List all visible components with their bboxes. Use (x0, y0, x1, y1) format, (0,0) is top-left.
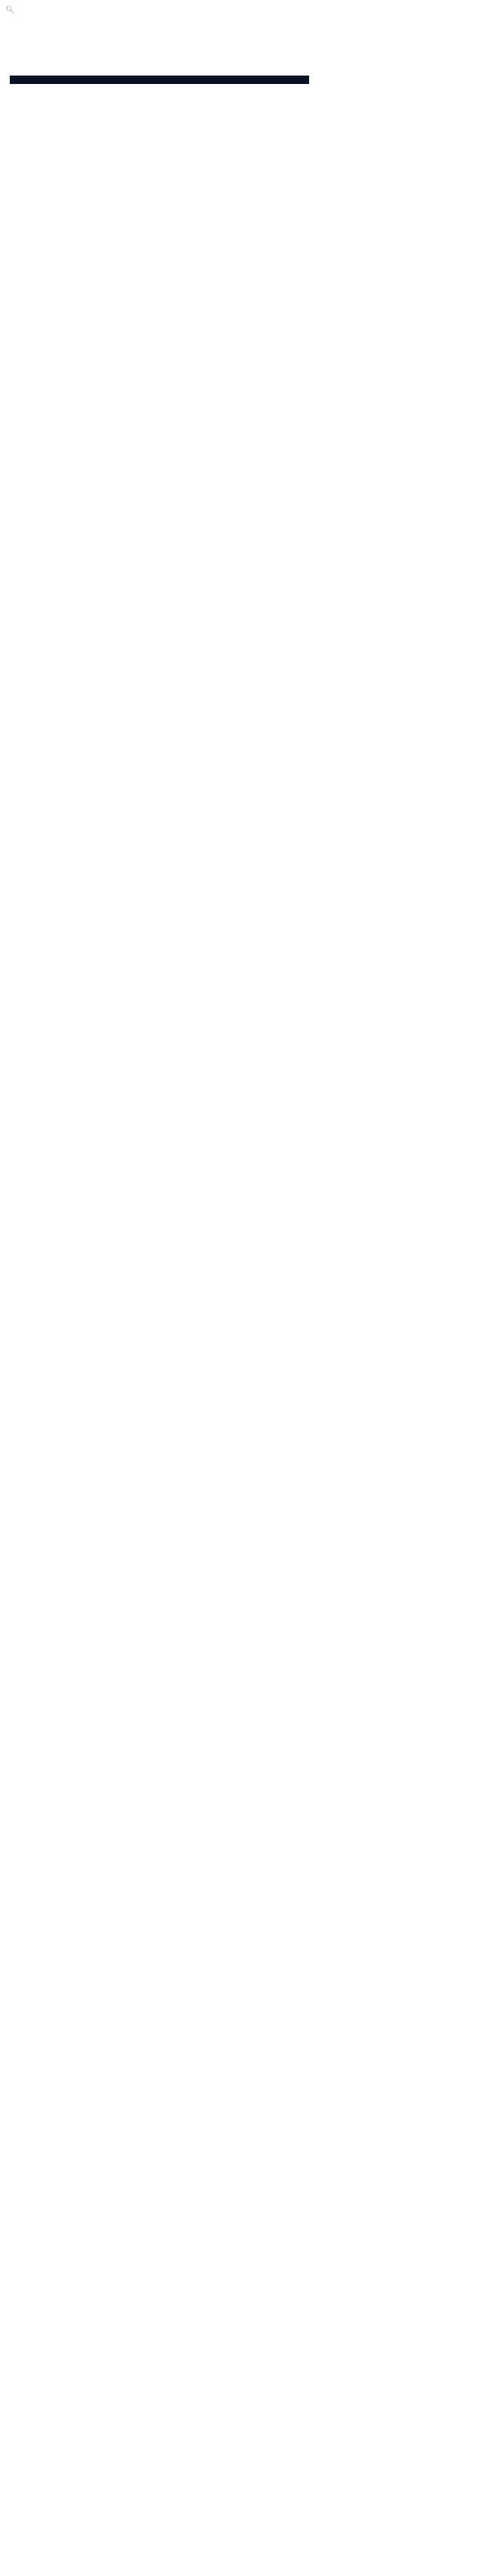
search-icon[interactable]: 🔍︎ (6, 7, 15, 14)
spacer (5, 32, 485, 59)
bottom-banner-bar (10, 76, 309, 84)
intro-paragraph-1: 🔍︎ (5, 0, 485, 25)
article: 🔍︎ (0, 0, 493, 84)
